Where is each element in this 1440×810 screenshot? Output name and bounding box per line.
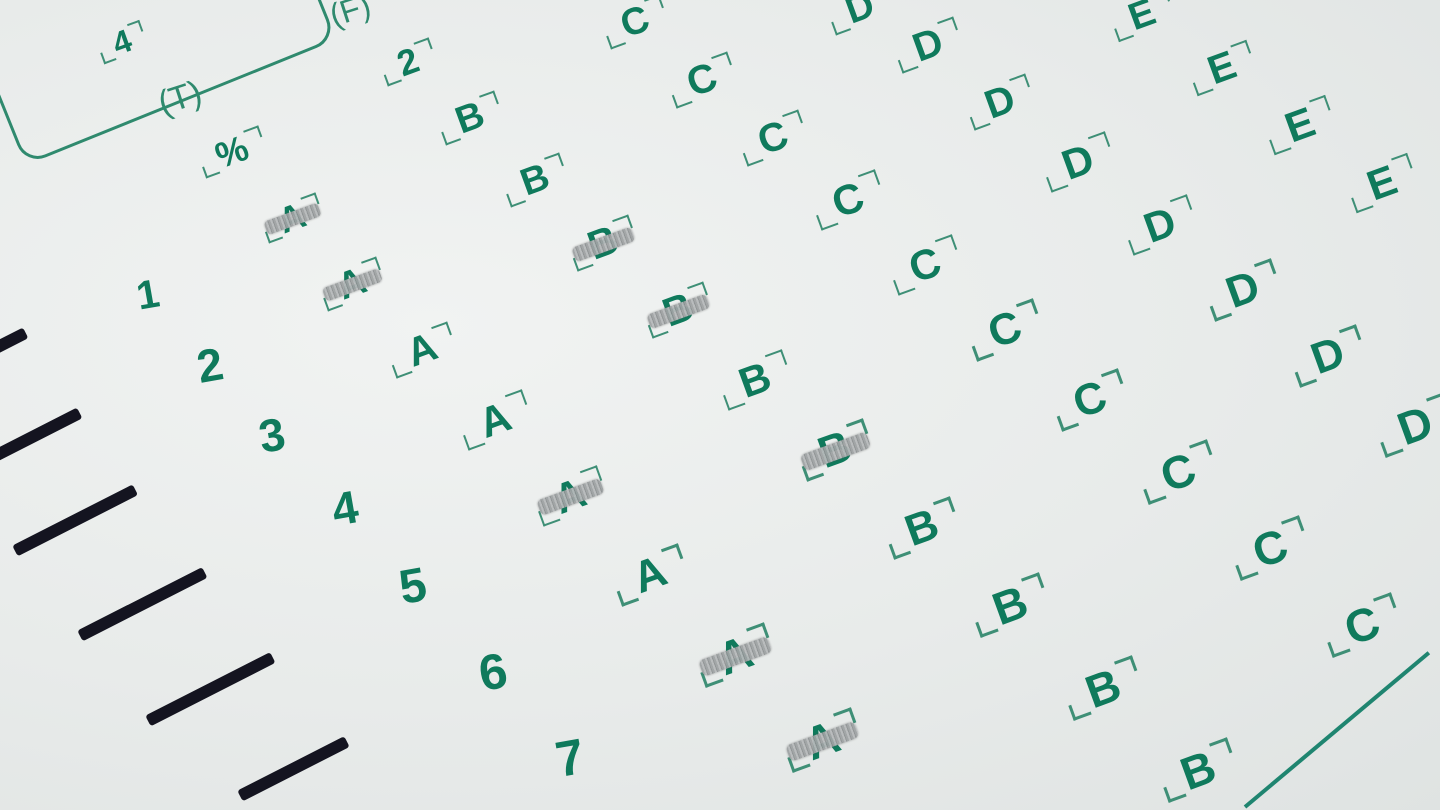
bubble-bracket-right (833, 707, 857, 729)
answer-bubble: 2 (376, 36, 440, 88)
bubble-bracket-right (746, 622, 770, 644)
bubble-bracket-left (463, 430, 485, 450)
answer-bubble: B (880, 495, 965, 562)
bubble-bracket-right (644, 0, 664, 13)
bubble-bracket-right (1170, 195, 1192, 215)
header-label: (F) (326, 0, 375, 32)
bubble-bracket-left (889, 538, 912, 559)
answer-bubble: B (1059, 653, 1147, 723)
bubble-bracket-right (845, 418, 868, 439)
bubble-bracket-right (938, 16, 959, 35)
answer-bubble: % (195, 124, 270, 181)
bubble-bracket-right (1373, 592, 1397, 614)
bubble-bracket-left (323, 293, 343, 311)
bubble-bracket-right (1100, 368, 1123, 389)
bubble-bracket-right (1189, 439, 1213, 461)
bubble-bracket-right (1426, 392, 1440, 414)
bubble-bracket-right (765, 350, 787, 370)
bubble-bracket-right (580, 466, 602, 486)
answer-bubble: A (384, 320, 461, 381)
bubble-bracket-left (1210, 300, 1233, 321)
question-number: 4 (328, 483, 361, 533)
bubble-bracket-left (538, 506, 560, 526)
bubble-bracket-left (265, 227, 284, 244)
bubble-bracket-left (648, 320, 669, 339)
answer-bubble: E (1343, 152, 1422, 215)
bubble-bracket-right (712, 51, 733, 70)
question-number: 5 (396, 561, 431, 613)
bubble-bracket-left (1046, 172, 1068, 192)
answer-bubble: C (735, 108, 812, 169)
bubble-bracket-left (573, 253, 594, 272)
timing-mark (237, 736, 349, 801)
bubble-bracket-right (660, 543, 683, 564)
answer-bubble: A (608, 542, 693, 609)
bubble-bracket-left (1193, 77, 1214, 96)
bubble-bracket-left (1057, 410, 1080, 431)
bubble-bracket-right (688, 281, 709, 300)
bubble-bracket-right (432, 321, 453, 340)
answer-bubble: C (1048, 367, 1133, 434)
bubble-bracket-left (1068, 699, 1092, 721)
answer-bubble: B (498, 151, 571, 209)
answer-bubble: C (1226, 513, 1314, 583)
bubble-bracket-left (202, 162, 221, 179)
bubble-bracket-left (1269, 135, 1291, 155)
bubble-bracket-left (1235, 559, 1259, 581)
section-border-line (1244, 651, 1430, 808)
answer-bubble: C (1318, 590, 1406, 660)
bubble-bracket-left (606, 31, 626, 49)
bubble-bracket-left (1380, 436, 1404, 458)
answer-bubble: D (1120, 193, 1201, 257)
answer-bubble: A (455, 388, 536, 452)
bubble-bracket-right (1088, 132, 1110, 152)
answer-sheet-photo: (T)(F)123456742%AAAAAAAABBBBBBBBBBCCCCCC… (0, 0, 1440, 810)
answer-bubble: D (1286, 323, 1371, 390)
bubble-bracket-left (898, 55, 919, 74)
answer-bubble: E (1261, 94, 1340, 157)
question-number: 1 (134, 273, 163, 316)
answer-bubble-filled: B (565, 213, 642, 274)
bubble-bracket-left (802, 460, 825, 481)
bubble-bracket-left (672, 90, 693, 109)
bubble-bracket-left (816, 210, 838, 230)
bubble-bracket-right (361, 257, 381, 275)
bubble-bracket-right (1338, 324, 1361, 345)
bubble-bracket-left (441, 127, 461, 145)
answer-bubble: D (1201, 257, 1286, 324)
answer-bubble: B (966, 570, 1054, 640)
bubble-bracket-right (1015, 298, 1038, 319)
answer-bubble-filled: A (257, 191, 326, 246)
timing-mark (12, 484, 138, 556)
bubble-bracket-left (723, 390, 745, 410)
bubble-bracket-right (1010, 73, 1031, 92)
bubble-bracket-right (932, 496, 955, 517)
answer-bubble: D (1038, 130, 1119, 194)
bubble-bracket-right (1150, 0, 1170, 6)
bubble-bracket-right (858, 170, 880, 190)
bubble-bracket-right (613, 214, 634, 233)
answer-bubble-filled: B (793, 417, 878, 484)
bubble-bracket-right (1209, 737, 1233, 759)
answer-bubble: D (890, 15, 967, 76)
answer-bubble: C (664, 50, 741, 111)
answer-bubble: B (433, 89, 506, 147)
answer-bubble: C (1134, 437, 1222, 507)
bubble-bracket-right (1253, 258, 1276, 279)
bubble-bracket-left (970, 112, 991, 131)
bubble-bracket-right (1281, 515, 1305, 537)
bubble-bracket-left (1163, 781, 1187, 803)
bubble-bracket-left (1295, 366, 1318, 387)
answer-bubble: C (963, 297, 1048, 364)
bubble-bracket-left (1351, 193, 1373, 213)
bubble-bracket-left (787, 751, 811, 773)
question-number: 3 (255, 410, 288, 460)
bubble-bracket-left (1128, 235, 1150, 255)
question-number: 7 (552, 731, 588, 785)
timing-mark (145, 652, 275, 726)
answer-bubble-filled: B (640, 280, 717, 341)
answer-bubble-filled: A (778, 705, 866, 775)
answer-bubble: E (1106, 0, 1177, 43)
bubble-bracket-right (544, 153, 564, 171)
bubble-bracket-right (1230, 40, 1251, 59)
bubble-bracket-right (505, 390, 527, 410)
answer-bubble: E (1185, 38, 1260, 98)
bubble-bracket-left (384, 70, 403, 87)
answer-bubble-filled: A (691, 620, 779, 690)
answer-bubble: B (1154, 735, 1242, 805)
timing-mark (0, 408, 82, 462)
answer-bubble: D (1371, 390, 1440, 460)
bubble-bracket-right (1114, 655, 1138, 677)
bubble-bracket-left (617, 585, 640, 606)
bubble-bracket-right (1021, 572, 1045, 594)
bubble-bracket-right (783, 109, 804, 128)
bubble-bracket-left (1143, 483, 1167, 505)
answer-bubble: D (962, 72, 1039, 133)
bubble-bracket-right (935, 235, 957, 255)
answer-bubble: C (885, 233, 966, 297)
bubble-bracket-left (506, 189, 526, 207)
bubble-bracket-left (893, 275, 915, 295)
bubble-bracket-left (1114, 24, 1134, 42)
bubble-bracket-left (1327, 636, 1351, 658)
bubble-bracket-right (1309, 95, 1331, 115)
bubble-bracket-left (975, 616, 999, 638)
timing-mark (77, 567, 207, 641)
question-number: 2 (193, 340, 226, 390)
answer-bubble: D (823, 0, 896, 37)
bubble-bracket-right (1391, 153, 1413, 173)
answer-bubble-filled: A (530, 464, 611, 528)
bubble-bracket-right (301, 192, 320, 209)
answer-bubble: C (808, 168, 889, 232)
answer-bubble-filled: A (315, 255, 388, 313)
question-number: 6 (475, 645, 511, 699)
answer-bubble: C (598, 0, 671, 51)
answer-bubble: B (715, 348, 796, 412)
timing-mark (0, 327, 28, 356)
bubble-bracket-right (243, 125, 262, 142)
bubble-bracket-left (743, 148, 764, 167)
bubble-bracket-right (479, 91, 499, 109)
bubble-bracket-right (414, 37, 433, 54)
bubble-bracket-left (831, 17, 851, 35)
bubble-bracket-left (700, 666, 724, 688)
bubble-bracket-left (972, 340, 995, 361)
bubble-bracket-left (392, 360, 413, 379)
